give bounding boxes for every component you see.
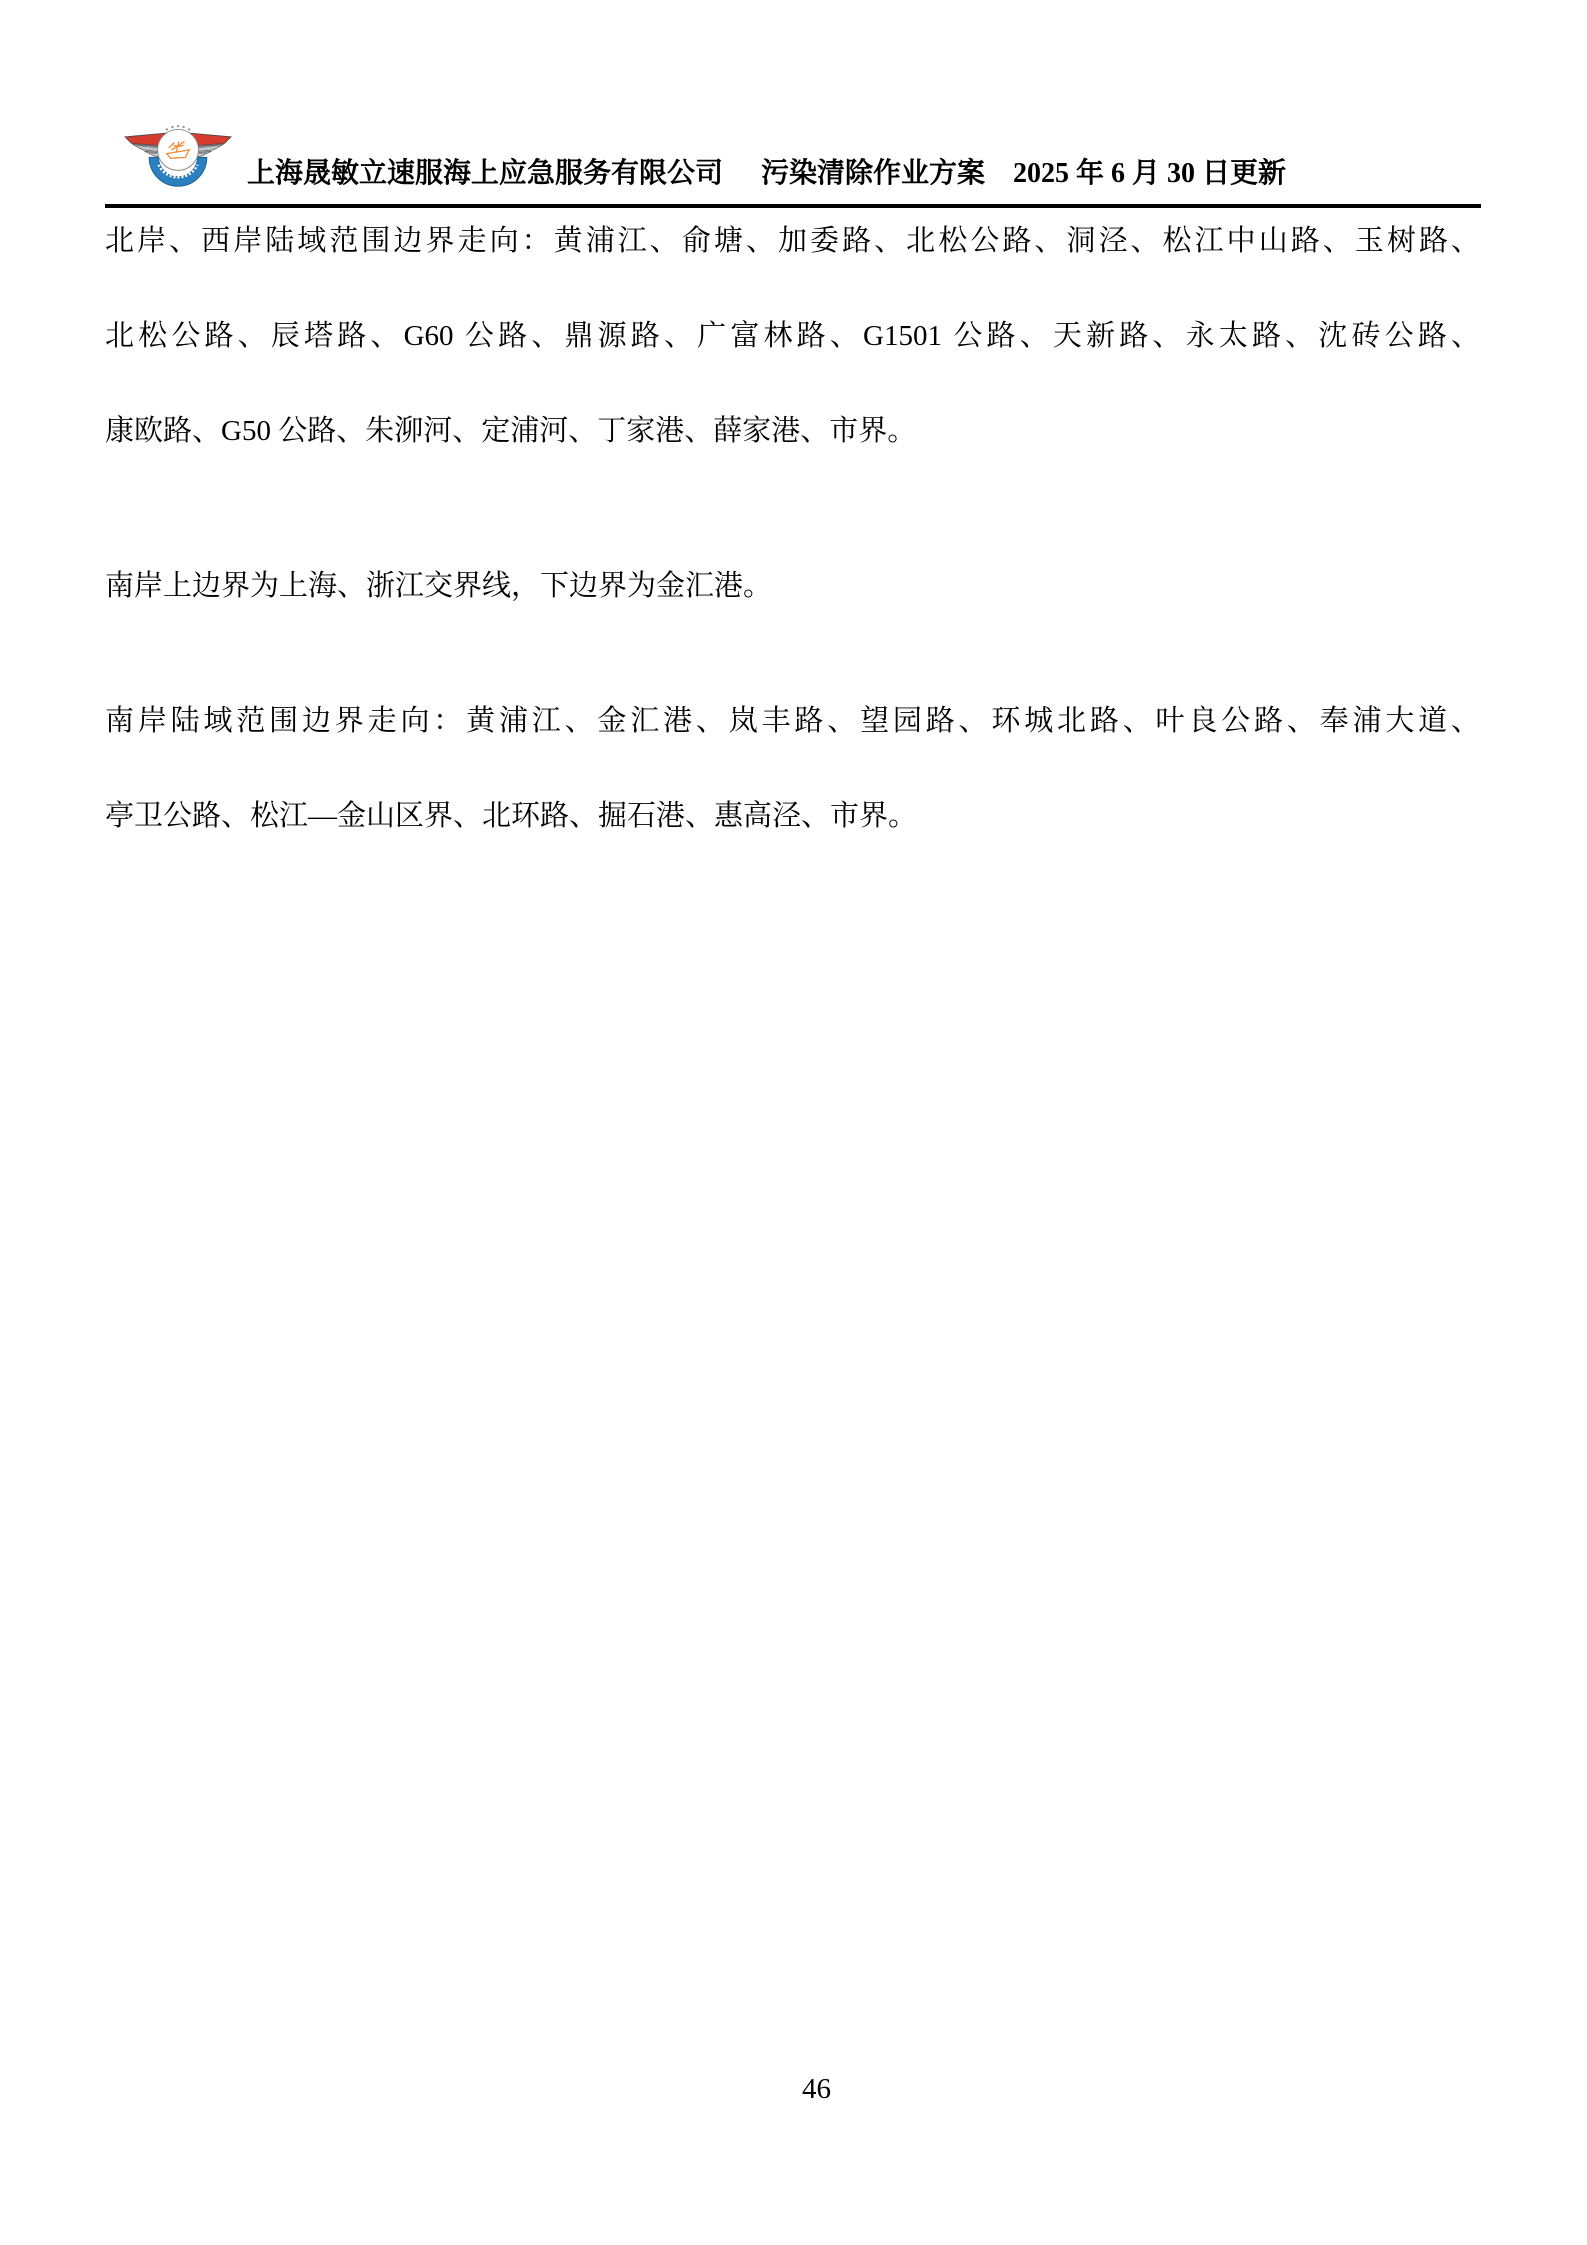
- document-body: 北岸、西岸陆域范围边界走向：黄浦江、俞塘、加委路、北松公路、洞泾、松江中山路、玉…: [105, 194, 1480, 864]
- paragraph-north-west-boundary: 北岸、西岸陆域范围边界走向：黄浦江、俞塘、加委路、北松公路、洞泾、松江中山路、玉…: [105, 194, 1480, 479]
- logo-center-circle: [158, 129, 199, 170]
- header-updated-date: 2025 年 6 月 30 日更新: [1013, 159, 1286, 189]
- paragraph-south-land-boundary: 南岸陆域范围边界走向：黄浦江、金汇港、岚丰路、望园路、环城北路、叶良公路、奉浦大…: [105, 674, 1480, 864]
- paragraph-line: 北岸、西岸陆域范围边界走向：黄浦江、俞塘、加委路、北松公路、洞泾、松江中山路、玉…: [105, 194, 1480, 289]
- paragraph-line: 南岸陆域范围边界走向：黄浦江、金汇港、岚丰路、望园路、环城北路、叶良公路、奉浦大…: [105, 674, 1480, 769]
- paragraph-line: 亭卫公路、松江—金山区界、北环路、掘石港、惠高泾、市界。: [105, 769, 1480, 864]
- company-logo-icon: [117, 122, 239, 202]
- header-doc-title: 污染清除作业方案: [761, 159, 985, 189]
- page-number: 46: [105, 2072, 1480, 2106]
- document-page: 上海晟敏立速服海上应急服务有限公司 污染清除作业方案 2025 年 6 月 30…: [0, 0, 1587, 2245]
- paragraph-line: 康欧路、G50 公路、朱泖河、定浦河、丁家港、薛家港、市界。: [105, 384, 1480, 479]
- paragraph-south-upper-boundary: 南岸上边界为上海、浙江交界线，下边界为金汇港。: [105, 539, 1480, 634]
- paragraph-line: 南岸上边界为上海、浙江交界线，下边界为金汇港。: [105, 539, 1480, 634]
- paragraph-line: 北松公路、辰塔路、G60 公路、鼎源路、广富林路、G1501 公路、天新路、永太…: [105, 289, 1480, 384]
- header-company-name: 上海晟敏立速服海上应急服务有限公司: [247, 159, 723, 189]
